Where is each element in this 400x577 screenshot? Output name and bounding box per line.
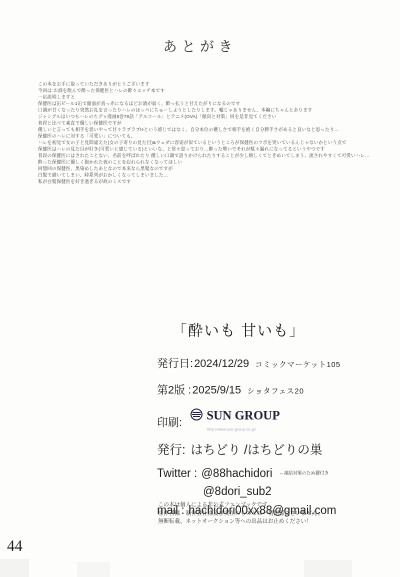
edition-label: 第2版 : bbox=[157, 384, 191, 397]
edition-row: 第2版 : 2025/9/15 ショタフェス20 bbox=[157, 384, 341, 399]
publish-date-value: 2024/12/29 bbox=[194, 357, 249, 370]
twitter-label: Twitter : bbox=[157, 467, 197, 480]
disclaimer: この本は個人による非公式ファンブックです。 原作者様・制作会社様及び実在のものと… bbox=[158, 501, 323, 526]
scan-artifact bbox=[0, 559, 29, 577]
afterword-body: この本をお手に取っていただきありがとうございます 今回は お酒を飲んで酔った保健… bbox=[38, 81, 378, 185]
colophon: 「酔いも 甘いも」 発行日: 2024/12/29 コミックマーケット105 第… bbox=[157, 318, 341, 517]
publisher-value: はちどり /はちどりの巣 bbox=[190, 444, 322, 457]
printer-row: 印刷: SUN GROUP http://www.sun-group.co.jp… bbox=[157, 408, 341, 437]
afterword-paragraph: 普段の保健医にはされたことない、名前を呼ばれたり 優しい口調で語りかけられたりす… bbox=[38, 153, 378, 166]
publish-event: コミックマーケット105 bbox=[255, 359, 340, 372]
publish-date-label: 発行日: bbox=[157, 357, 193, 370]
afterword-line: 私が白髪保健医を好き過ぎるが故のミスです bbox=[38, 179, 378, 186]
twitter-handle-sub: @8dori_sub2 bbox=[203, 485, 272, 498]
sun-group-logo: SUN GROUP http://www.sun-group.co.jp/ bbox=[190, 408, 280, 437]
printer-name: SUN GROUP bbox=[207, 410, 280, 423]
publish-date-row: 発行日: 2024/12/29 コミックマーケット105 bbox=[157, 357, 341, 372]
printer-url: http://www.sun-group.co.jp/ bbox=[207, 424, 280, 437]
scan-artifact bbox=[77, 562, 110, 577]
twitter-handle-main: @88hachidori bbox=[201, 467, 272, 480]
afterword-paragraph: 今回は お酒を飲んで酔った保健医とハレの酔々エッチ本です 一応説明しますと 保健… bbox=[38, 88, 378, 121]
afterword-paragraph: 回想回の保健医、黒染めしたあとなので本来なら黒髪なのですが 白髪で描いてしまい、… bbox=[38, 166, 378, 186]
afterword-paragraph: 普段と比べて素直で優しい保健医ですが 優しいと言っても相手を思いやって甘々ラブラ… bbox=[38, 120, 378, 133]
page-number: 44 bbox=[7, 537, 23, 555]
twitter-lock-note: ←凍結対策のため鍵付き bbox=[279, 467, 329, 480]
edition-event: ショタフェス20 bbox=[247, 385, 304, 398]
book-title: 「酔いも 甘いも」 bbox=[172, 318, 341, 340]
afterword-paragraph: 保健医のハレに対する「可愛い」についても、 ハレを初見で女の子と見間違えた(女の… bbox=[38, 133, 378, 153]
publisher-label: 発行: bbox=[157, 444, 185, 457]
afterword-page: あとがき この本をお手に取っていただきありがとうございます 今回は お酒を飲んで… bbox=[0, 0, 400, 577]
scan-artifact bbox=[304, 560, 352, 577]
disclaimer-line: この本は個人による非公式ファンブックです。 bbox=[158, 501, 323, 509]
sun-group-circle-icon bbox=[190, 408, 203, 424]
twitter-row: Twitter : @88hachidori ←凍結対策のため鍵付き bbox=[157, 467, 341, 480]
disclaimer-line: 原作者様・制作会社様及び実在のものとは一切関係ございません。 bbox=[158, 509, 323, 517]
printer-label: 印刷: bbox=[157, 416, 182, 429]
page-title: あとがき bbox=[0, 36, 400, 56]
edition-value: 2025/9/15 bbox=[192, 384, 241, 397]
publisher-row: 発行: はちどり /はちどりの巣 bbox=[157, 444, 341, 457]
twitter-sub-row: @8dori_sub2 bbox=[203, 485, 341, 498]
disclaimer-line: 無断転載、ネットオークション等への出品はお止めください！ bbox=[158, 518, 323, 526]
